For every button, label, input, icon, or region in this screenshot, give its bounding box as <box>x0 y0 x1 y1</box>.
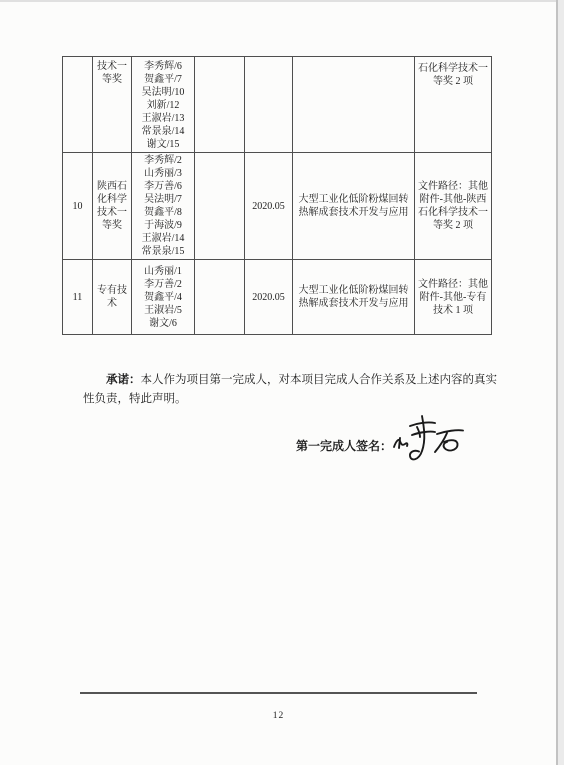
table-row-11: 11 专有技术 山秀丽/1 李万善/2 贺鑫平/4 王淑岩/5 谢文/6 202… <box>63 260 492 335</box>
scanned-page: 技术一等奖 李秀辉/6 贺鑫平/7 吴法明/10 刘新/12 王淑岩/13 常景… <box>0 0 564 765</box>
page-number: 12 <box>80 711 477 721</box>
declaration-body: 本人作为项目第一完成人，对本项目完成人合作关系及上述内容的真实性负责，特此声明。 <box>83 374 497 405</box>
declaration-label: 承诺： <box>106 374 141 386</box>
cell-award-name: 陕西石化科学技术一等奖 <box>93 153 132 260</box>
awards-table: 技术一等奖 李秀辉/6 贺鑫平/7 吴法明/10 刘新/12 王淑岩/13 常景… <box>62 56 492 335</box>
cell-seq <box>63 57 93 153</box>
table-row-continuation: 技术一等奖 李秀辉/6 贺鑫平/7 吴法明/10 刘新/12 王淑岩/13 常景… <box>63 57 492 153</box>
cell-blank <box>195 260 245 335</box>
scan-edge-top <box>0 0 564 2</box>
cell-blank <box>195 153 245 260</box>
declaration-paragraph: 承诺：本人作为项目第一完成人，对本项目完成人合作关系及上述内容的真实性负责，特此… <box>83 371 497 409</box>
cell-members: 山秀丽/1 李万善/2 贺鑫平/4 王淑岩/5 谢文/6 <box>132 260 195 335</box>
cell-seq: 10 <box>63 153 93 260</box>
footer-rule <box>80 692 477 694</box>
table-row-10: 10 陕西石化科学技术一等奖 李秀辉/2 山秀丽/3 李万善/6 吴法明/7 贺… <box>63 153 492 260</box>
cell-attachment: 文件路径：其他附件-其他-陕西石化科学技术一等奖 2 项 <box>415 153 492 260</box>
cell-project <box>293 57 415 153</box>
signature-label: 第一完成人签名： <box>296 437 392 454</box>
cell-attachment: 石化科学技术一等奖 2 项 <box>415 57 492 153</box>
cell-date <box>245 57 293 153</box>
cell-award-name: 技术一等奖 <box>93 57 132 153</box>
scan-edge-right <box>556 0 564 765</box>
cell-members: 李秀辉/2 山秀丽/3 李万善/6 吴法明/7 贺鑫平/8 于海波/9 王淑岩/… <box>132 153 195 260</box>
cell-seq: 11 <box>63 260 93 335</box>
cell-project: 大型工业化低阶粉煤回转热解成套技术开发与应用 <box>293 153 415 260</box>
signature-scrawl <box>388 413 474 469</box>
cell-attachment: 文件路径：其他附件-其他-专有技术 1 项 <box>415 260 492 335</box>
cell-blank <box>195 57 245 153</box>
cell-date: 2020.05 <box>245 260 293 335</box>
cell-members: 李秀辉/6 贺鑫平/7 吴法明/10 刘新/12 王淑岩/13 常景泉/14 谢… <box>132 57 195 153</box>
cell-project: 大型工业化低阶粉煤回转热解成套技术开发与应用 <box>293 260 415 335</box>
cell-award-name: 专有技术 <box>93 260 132 335</box>
cell-date: 2020.05 <box>245 153 293 260</box>
